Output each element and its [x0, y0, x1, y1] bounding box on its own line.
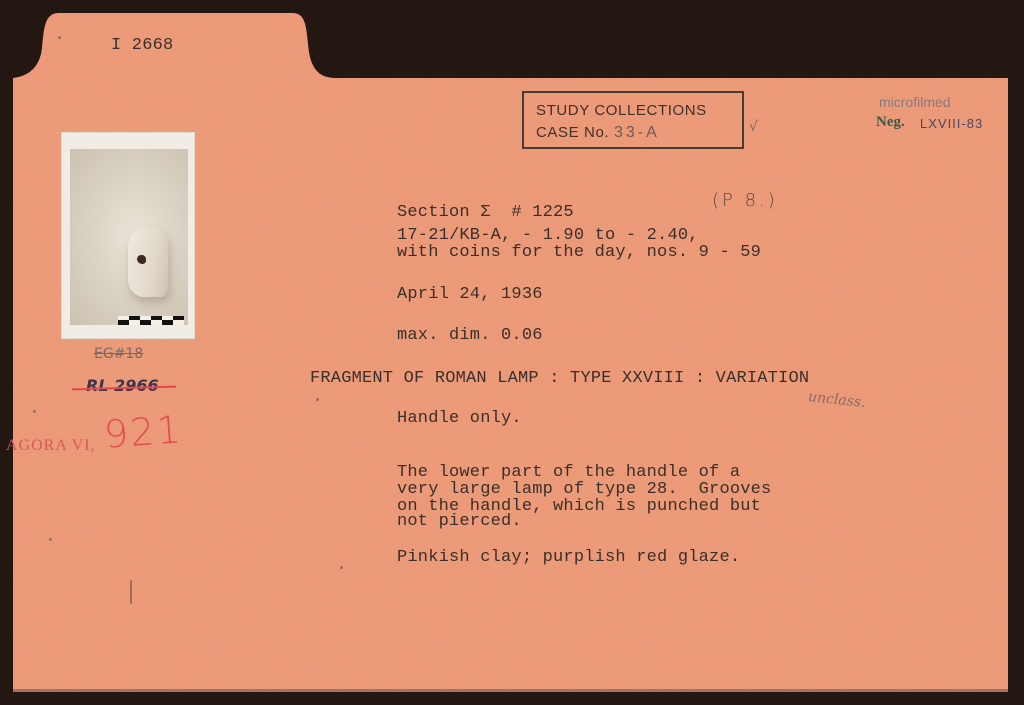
artifact-photo — [61, 132, 195, 339]
paper-speck — [33, 410, 36, 413]
check-mark: √ — [749, 119, 758, 135]
photo-background — [70, 149, 188, 325]
page-note: (P 8.) — [712, 190, 778, 211]
paper-speck — [340, 566, 343, 569]
eg-note: EG#18 — [94, 346, 143, 362]
microfilmed-stamp: microfilmed — [879, 94, 951, 110]
negative-prefix: Neg. — [876, 114, 905, 131]
coins-line: with coins for the day, nos. 9 - 59 — [397, 244, 761, 261]
description-line: The lower part of the handle of a — [397, 464, 740, 481]
stamp-line-2: CASE No. 33-A — [536, 124, 660, 142]
preservation-line: Handle only. — [397, 410, 522, 427]
study-collections-stamp: STUDY COLLECTIONS CASE No. 33-A — [522, 91, 744, 149]
agora-volume-stamp: AGORA VI, — [6, 437, 96, 455]
case-number: 33-A — [614, 124, 660, 141]
description-line: very large lamp of type 28. Grooves — [397, 481, 771, 498]
negative-number: LXVIII-83 — [920, 116, 983, 131]
dimension-line: max. dim. 0.06 — [397, 327, 543, 344]
context-line: 17-21/KB-A, - 1.90 to - 2.40, — [397, 227, 699, 244]
case-label: CASE No. — [536, 124, 609, 141]
fragment-hole — [137, 255, 146, 264]
date-line: April 24, 1936 — [397, 286, 543, 303]
scale-bar — [118, 316, 184, 325]
paper-speck — [49, 538, 52, 541]
section-line: Section Σ # 1225 — [397, 204, 574, 221]
object-title: FRAGMENT OF ROMAN LAMP : TYPE XXVIII : V… — [310, 370, 809, 387]
catalog-number-tab: I 2668 — [111, 37, 173, 54]
fabric-line: Pinkish clay; purplish red glaze. — [397, 549, 740, 566]
unclassified-note: unclass. — [807, 389, 866, 411]
paper-speck — [316, 398, 319, 401]
lamp-fragment-image — [128, 227, 168, 297]
agora-catalog-number: 921 — [103, 407, 184, 456]
paper-speck — [58, 36, 61, 39]
stamp-line-1: STUDY COLLECTIONS — [536, 102, 707, 119]
pencil-mark — [130, 580, 132, 604]
description-line: not pierced. — [397, 513, 522, 530]
